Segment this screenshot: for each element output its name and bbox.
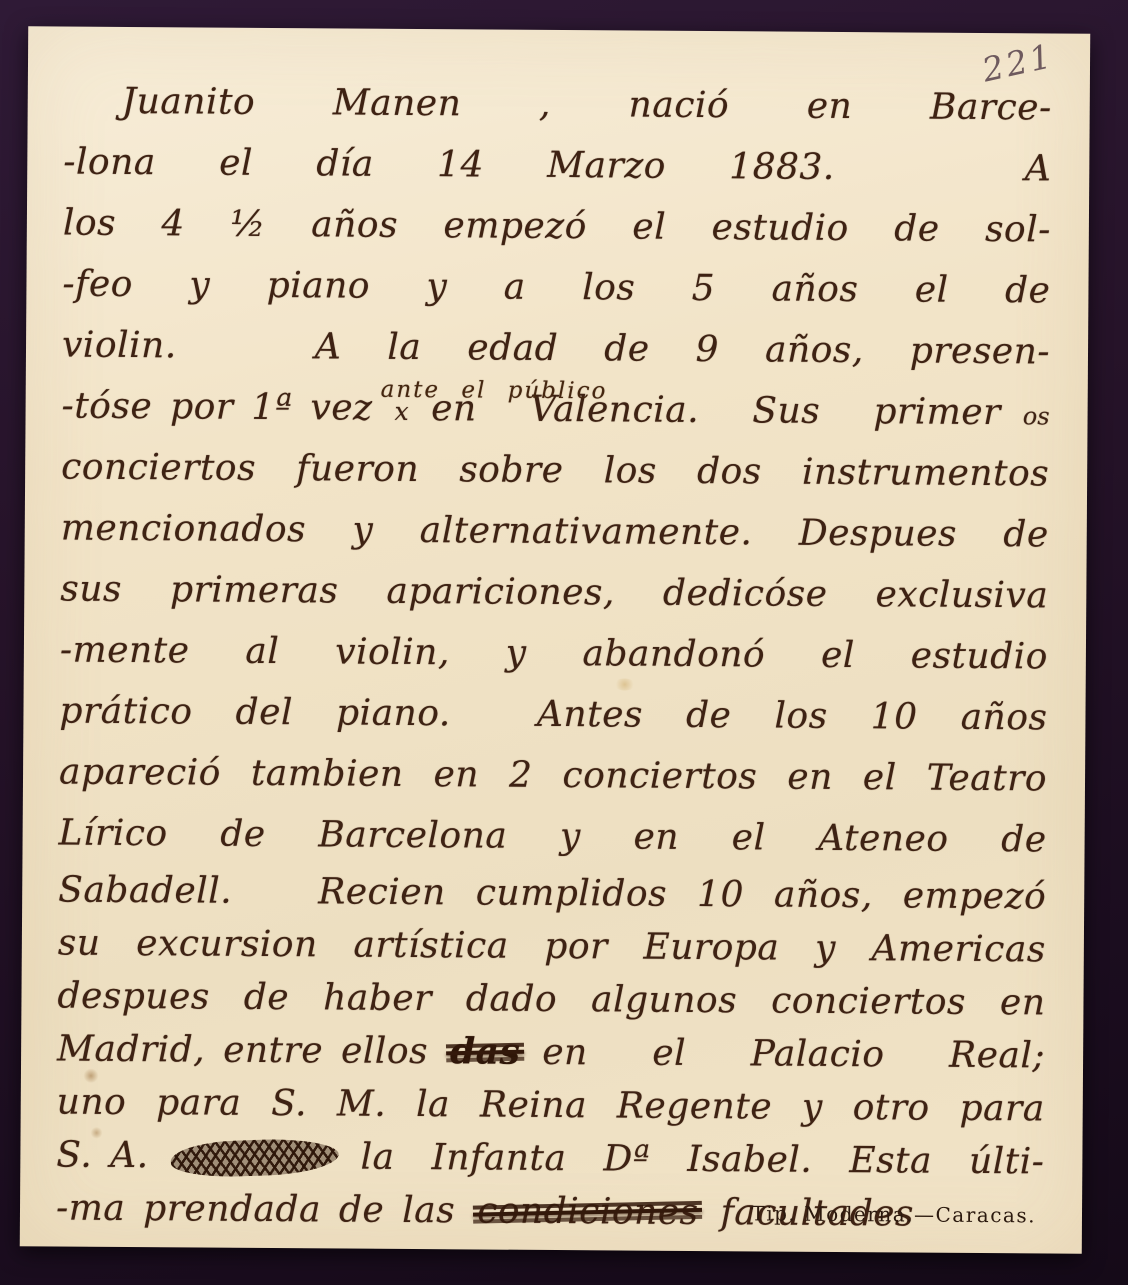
manuscript-line: apareció tambien en 2 conciertos en el T… (59, 742, 1047, 810)
manuscript-line: Lírico de Barcelona y en el Ateneo de (58, 803, 1046, 871)
manuscript-body: Juanito Manen , nació en Barce- -lona el… (56, 71, 1052, 1242)
manuscript-line: prático del piano. Antes de los 10 años (59, 681, 1047, 749)
manuscript-line: uno para S. M. la Reina Regente y otro p… (57, 1076, 1045, 1136)
line-text: -ma prendada de las (56, 1182, 456, 1238)
manuscript-line: -mente al violin, y abandonó el estudio (60, 620, 1048, 688)
manuscript-line: mencionados y alternativamente. Despues … (61, 498, 1049, 566)
manuscript-line: conciertos fueron sobre los dos instrume… (61, 437, 1049, 505)
line-text: S. A. (56, 1129, 149, 1183)
manuscript-line-paragraph-break: Sabadell. Recien cumplidos 10 años, empe… (58, 864, 1046, 924)
obliterated-word (170, 1137, 339, 1179)
interlinear-insertion: ante el público (381, 379, 608, 404)
manuscript-line: -lona el día 14 Marzo 1883. A (63, 132, 1051, 200)
manuscript-line-with-obliteration: S. A. la Infanta Dª Isabel. Esta últi- (56, 1129, 1044, 1189)
manuscript-line: despues de haber dado algunos conciertos… (57, 970, 1045, 1030)
line-text: Recien cumplidos 10 años, empezó (254, 865, 1046, 924)
printer-imprint: Tip. Moderna.—Caracas. (751, 1201, 1036, 1227)
manuscript-line: violin. A la edad de 9 años, presen- (62, 315, 1050, 383)
struck-word: das (450, 1025, 521, 1078)
manuscript-line-with-insertion: -tóse por 1ª vez x ante el público en Va… (61, 376, 1049, 444)
line-text: la Infanta Dª Isabel. Esta últi- (360, 1131, 1044, 1189)
line-text: en el Palacio Real; (542, 1026, 1045, 1083)
manuscript-page: 221 Juanito Manen , nació en Barce- -lon… (20, 26, 1090, 1253)
line-text: Madrid, entre ellos (57, 1023, 428, 1079)
manuscript-line: -feo y piano y a los 5 años el de (62, 254, 1050, 322)
manuscript-line: los 4 ½ años empezó el estudio de sol- (63, 193, 1051, 261)
manuscript-line: sus primeras apariciones, dedicóse exclu… (60, 559, 1048, 627)
manuscript-line-with-correction: Madrid, entre ellos das en el Palacio Re… (57, 1023, 1045, 1083)
caret-mark: x ante el público (394, 381, 409, 442)
manuscript-line: Juanito Manen , nació en Barce- (64, 71, 1052, 139)
superscript-overflow: os (1023, 386, 1050, 447)
manuscript-line: su excursion artística por Europa y Amer… (58, 917, 1046, 977)
struck-word: condiciones (477, 1184, 699, 1239)
line-text: -tóse por 1ª vez (61, 376, 372, 439)
line-text: Sabadell. (58, 864, 232, 918)
